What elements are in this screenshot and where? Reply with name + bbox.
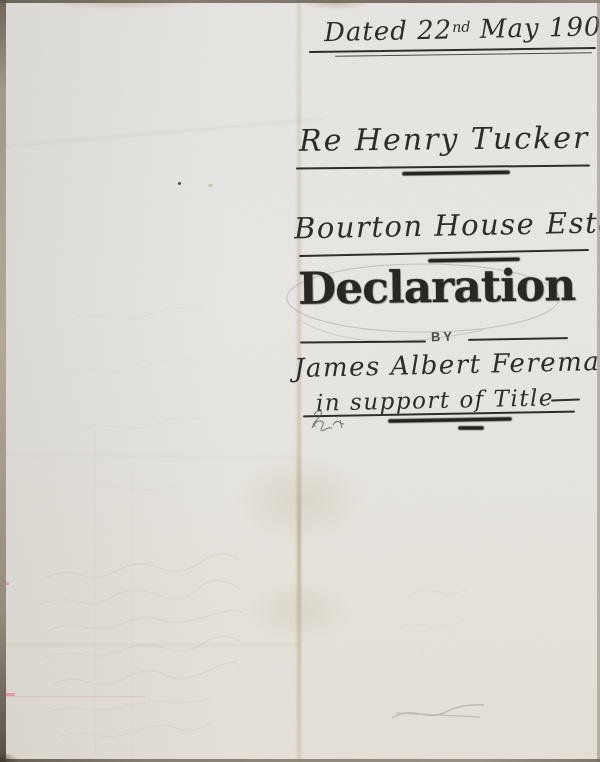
date-ordinal-superscript: nd (452, 20, 471, 36)
scan-edge-left (0, 0, 6, 762)
estate-line-text: Bourton House Estate (294, 205, 600, 246)
document-scan: Dated 22nd May 1900 Re Henry Tucker decd… (0, 0, 600, 762)
date-line: Dated 22nd May 1900 (324, 12, 600, 48)
date-text-suffix: May 1900 (470, 12, 600, 45)
pink-ruled-line (0, 696, 145, 697)
ink-speck (178, 182, 181, 185)
scan-edge-top (0, 0, 600, 3)
clerk-initials-scribble (306, 404, 350, 438)
scan-corner-shadow-bottom-left (0, 752, 18, 762)
support-accent-dash (458, 426, 484, 430)
pencil-note-crossed-out (388, 700, 492, 730)
date-text-prefix: Dated 22 (324, 15, 453, 48)
declaration-title-text: Declaration (298, 260, 576, 315)
small-stain (208, 184, 213, 187)
by-label: BY (431, 329, 456, 345)
re-line-text: Re Henry Tucker (299, 121, 590, 159)
re-line: Re Henry Tucker decd (299, 120, 600, 159)
declaration-title: Declaration (298, 260, 576, 315)
estate-line: Bourton House Estate (294, 205, 600, 246)
horizontal-crease-lower-left (0, 644, 300, 646)
